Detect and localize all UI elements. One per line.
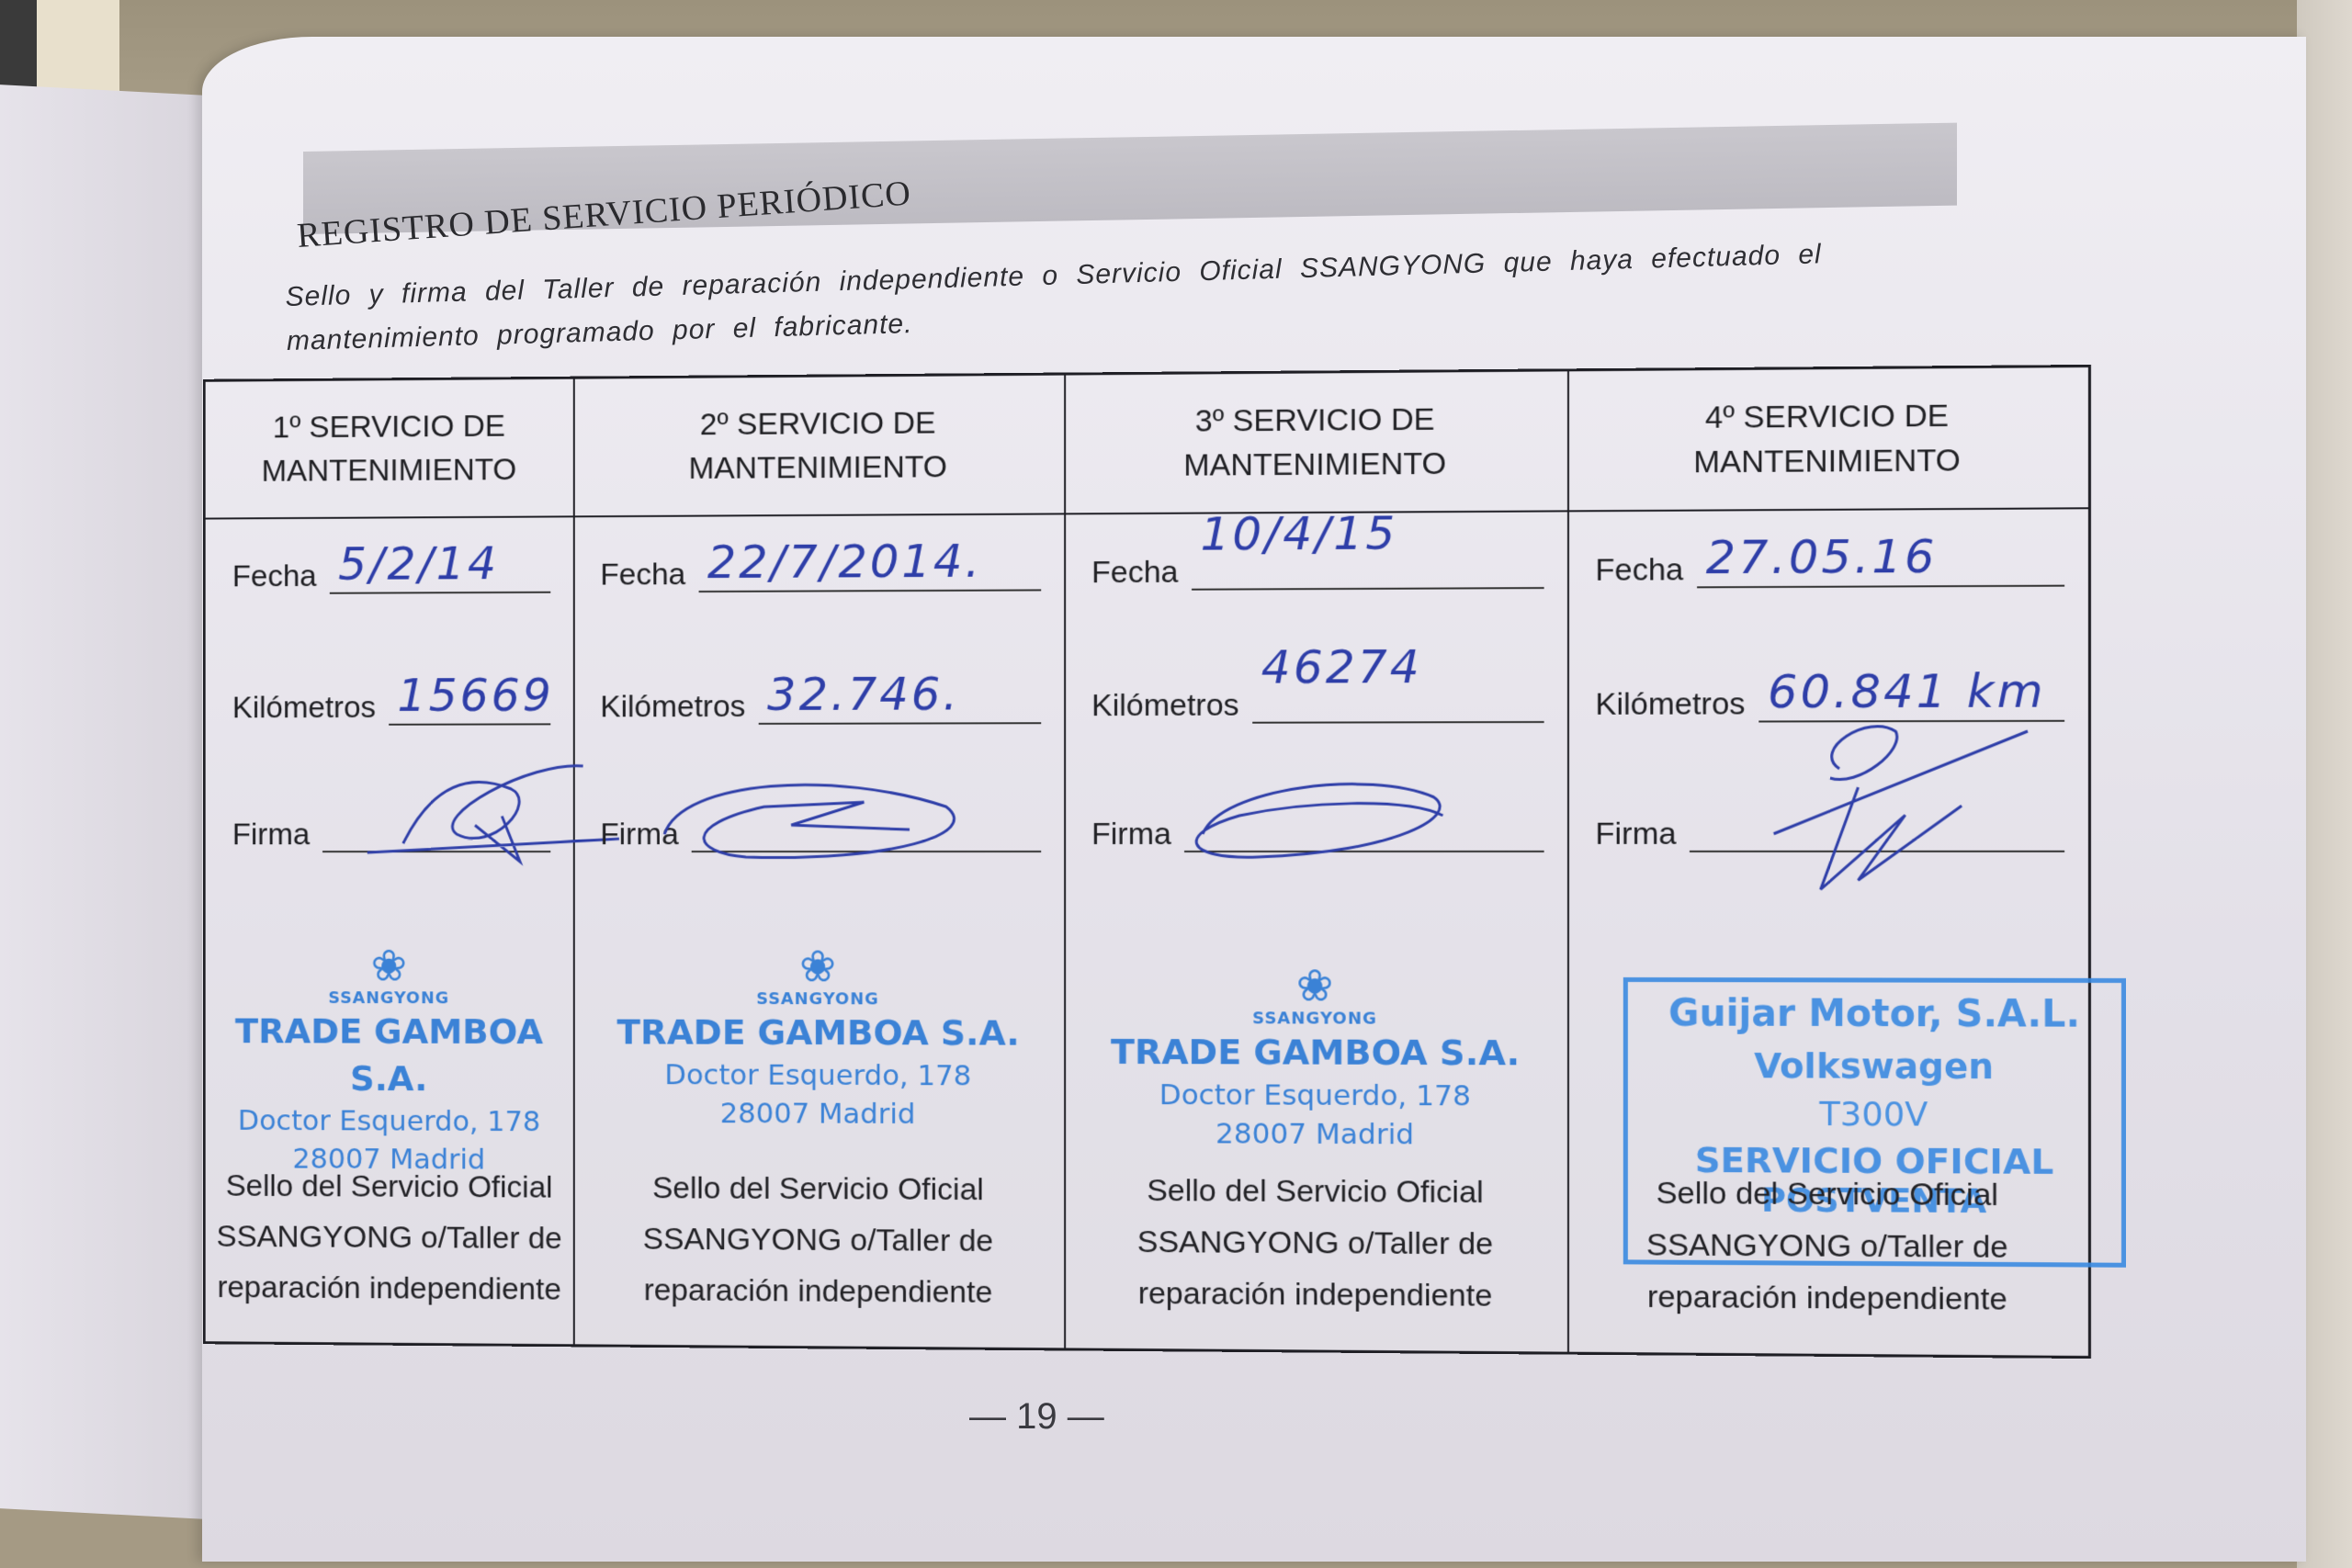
handwritten-date: 5/2/14 bbox=[338, 537, 499, 591]
heading-line-1: 4º SERVICIO DE bbox=[1705, 394, 1949, 440]
column-heading: 4º SERVICIO DE MANTENIMIENTO bbox=[1567, 367, 2088, 512]
date-field[interactable]: Fecha 10/4/15 bbox=[1091, 543, 1544, 591]
km-field[interactable]: Kilómetros 15669 bbox=[232, 680, 550, 726]
km-label: Kilómetros bbox=[232, 690, 376, 726]
stamp-caption: Sello del Servicio Oficial SSANGYONG o/T… bbox=[573, 1162, 1064, 1318]
heading-line-1: 2º SERVICIO DE bbox=[700, 401, 936, 447]
signature-field[interactable]: Firma bbox=[232, 807, 550, 853]
service-column-2: 2º SERVICIO DE MANTENIMIENTO Fecha 22/7/… bbox=[573, 376, 1066, 1348]
column-heading: 1º SERVICIO DE MANTENIMIENTO bbox=[206, 379, 573, 520]
caption-line-1: Sello del Servicio Oficial bbox=[1567, 1167, 2088, 1222]
km-field[interactable]: Kilómetros 32.746. bbox=[600, 678, 1041, 725]
dealer-stamp: ❀ SSANGYONG TRADE GAMBOA S.A. Doctor Esq… bbox=[206, 943, 573, 1179]
handwritten-km: 15669 bbox=[398, 669, 554, 722]
date-field[interactable]: Fecha 5/2/14 bbox=[232, 547, 550, 594]
column-heading: 2º SERVICIO DE MANTENIMIENTO bbox=[573, 376, 1064, 518]
ssangyong-wings-icon: ❀ bbox=[1064, 963, 1567, 1010]
date-label: Fecha bbox=[1595, 552, 1683, 589]
ssangyong-wings-icon: ❀ bbox=[573, 943, 1064, 990]
caption-line-1: Sello del Servicio Oficial bbox=[573, 1162, 1064, 1216]
heading-line-1: 3º SERVICIO DE bbox=[1195, 398, 1435, 444]
signature-field[interactable]: Firma bbox=[1595, 806, 2064, 852]
stamp-company: TRADE GAMBOA S.A. bbox=[573, 1009, 1064, 1057]
handwritten-km: 32.746. bbox=[767, 668, 960, 721]
background-paper bbox=[37, 0, 119, 101]
caption-line-2: SSANGYONG o/Taller de bbox=[1567, 1219, 2088, 1274]
column-heading: 3º SERVICIO DE MANTENIMIENTO bbox=[1064, 371, 1567, 514]
stamp-address: Doctor Esquerdo, 178 bbox=[1064, 1076, 1567, 1116]
caption-line-2: SSANGYONG o/Taller de bbox=[206, 1211, 573, 1264]
date-label: Fecha bbox=[232, 558, 317, 594]
signature-scribble bbox=[1166, 750, 1480, 871]
stamp-city: 28007 Madrid bbox=[1064, 1114, 1567, 1155]
date-field[interactable]: Fecha 27.05.16 bbox=[1595, 540, 2064, 589]
caption-line-2: SSANGYONG o/Taller de bbox=[573, 1213, 1064, 1268]
stamp-company: Guijar Motor, S.A.L. bbox=[1628, 987, 2121, 1041]
stamp-brand: SSANGYONG bbox=[573, 989, 1064, 1010]
heading-line-2: MANTENIMIENTO bbox=[1693, 438, 1961, 484]
stamp-address: Doctor Esquerdo, 178 bbox=[573, 1055, 1064, 1096]
date-label: Fecha bbox=[600, 557, 685, 592]
caption-line-3: reparación independiente bbox=[573, 1264, 1064, 1318]
handwritten-date: 22/7/2014. bbox=[707, 535, 982, 589]
stamp-brand: SSANGYONG bbox=[1064, 1009, 1567, 1029]
service-record-table: 1º SERVICIO DE MANTENIMIENTO Fecha 5/2/1… bbox=[203, 365, 2091, 1359]
dealer-stamp: ❀ SSANGYONG TRADE GAMBOA S.A. Doctor Esq… bbox=[573, 943, 1064, 1134]
caption-line-3: reparación independiente bbox=[1567, 1270, 2088, 1325]
stamp-company: TRADE GAMBOA S.A. bbox=[1064, 1028, 1567, 1077]
km-field[interactable]: Kilómetros 46274 bbox=[1091, 677, 1544, 724]
page-number: — 19 — bbox=[969, 1396, 1104, 1438]
stamp-brand: SSANGYONG bbox=[206, 988, 573, 1009]
heading-line-2: MANTENIMIENTO bbox=[688, 445, 947, 491]
stamp-brand: Volkswagen bbox=[1628, 1040, 2121, 1093]
signature-field[interactable]: Firma bbox=[600, 807, 1041, 852]
stamp-company: TRADE GAMBOA S.A. bbox=[206, 1008, 573, 1103]
signature-field[interactable]: Firma bbox=[1091, 807, 1544, 852]
signature-scribble bbox=[1717, 713, 2037, 899]
signature-label: Firma bbox=[1091, 817, 1171, 852]
km-label: Kilómetros bbox=[1091, 688, 1239, 724]
ssangyong-wings-icon: ❀ bbox=[206, 943, 573, 989]
date-field[interactable]: Fecha 22/7/2014. bbox=[600, 546, 1041, 593]
signature-label: Firma bbox=[232, 818, 310, 853]
handwritten-km: 60.841 km bbox=[1768, 664, 2046, 719]
service-column-4: 4º SERVICIO DE MANTENIMIENTO Fecha 27.05… bbox=[1567, 367, 2088, 1356]
heading-line-2: MANTENIMIENTO bbox=[262, 447, 517, 492]
stamp-caption: Sello del Servicio Oficial SSANGYONG o/T… bbox=[1567, 1167, 2088, 1325]
handwritten-date: 10/4/15 bbox=[1201, 506, 1398, 560]
signature-scribble bbox=[655, 751, 964, 871]
stamp-address: Doctor Esquerdo, 178 bbox=[206, 1101, 573, 1141]
handwritten-date: 27.05.16 bbox=[1706, 529, 1938, 584]
caption-line-1: Sello del Servicio Oficial bbox=[206, 1160, 573, 1213]
caption-line-3: reparación independiente bbox=[206, 1262, 573, 1315]
service-column-1: 1º SERVICIO DE MANTENIMIENTO Fecha 5/2/1… bbox=[206, 379, 575, 1345]
stamp-code: T300V bbox=[1628, 1091, 2121, 1140]
caption-line-2: SSANGYONG o/Taller de bbox=[1064, 1216, 1567, 1270]
caption-line-3: reparación independiente bbox=[1064, 1268, 1567, 1323]
signature-label: Firma bbox=[1595, 817, 1676, 852]
service-column-3: 3º SERVICIO DE MANTENIMIENTO Fecha 10/4/… bbox=[1064, 371, 1569, 1351]
dealer-stamp: ❀ SSANGYONG TRADE GAMBOA S.A. Doctor Esq… bbox=[1064, 963, 1567, 1155]
heading-line-1: 1º SERVICIO DE bbox=[273, 404, 505, 449]
handwritten-km: 46274 bbox=[1261, 640, 1422, 694]
heading-line-2: MANTENIMIENTO bbox=[1183, 442, 1446, 488]
date-label: Fecha bbox=[1091, 555, 1178, 591]
stamp-caption: Sello del Servicio Oficial SSANGYONG o/T… bbox=[1064, 1165, 1567, 1323]
stamp-caption: Sello del Servicio Oficial SSANGYONG o/T… bbox=[206, 1160, 573, 1314]
km-label: Kilómetros bbox=[600, 689, 745, 725]
stamp-city: 28007 Madrid bbox=[573, 1094, 1064, 1134]
caption-line-1: Sello del Servicio Oficial bbox=[1064, 1165, 1567, 1219]
